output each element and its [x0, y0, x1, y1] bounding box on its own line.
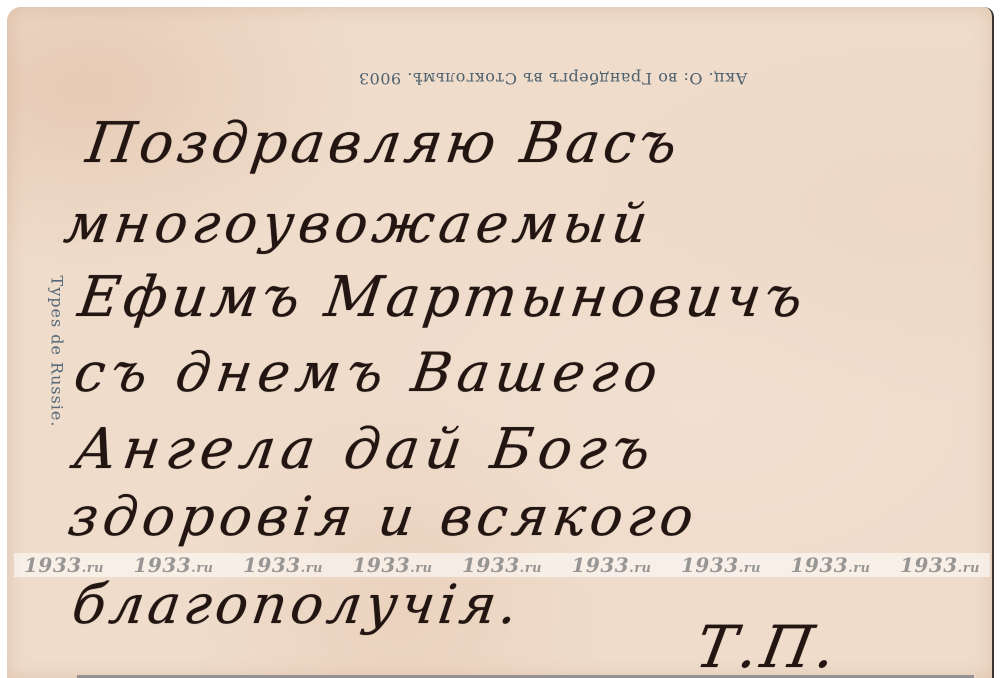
watermark-item: 1933.ru [900, 553, 980, 577]
watermark-band: 1933.ru 1933.ru 1933.ru 1933.ru 1933.ru … [14, 553, 990, 577]
watermark-item: 1933.ru [24, 553, 104, 577]
postcard-back: Акц. О: во Грандбергъ въ Стокгольмѣ. 900… [7, 7, 994, 678]
handwritten-line-5: Ангела дай Богъ [70, 417, 660, 482]
handwritten-line-2: многоувожаемый [61, 192, 657, 255]
watermark-item: 1933.ru [572, 553, 652, 577]
publisher-imprint: Акц. О: во Грандбергъ въ Стокгольмѣ. 900… [303, 69, 803, 88]
watermark-item: 1933.ru [353, 553, 433, 577]
handwritten-line-3: Ефимъ Мартыновичъ [74, 265, 810, 330]
watermark-item: 1933.ru [134, 553, 214, 577]
watermark-item: 1933.ru [462, 553, 542, 577]
handwritten-line-1: Поздравляю Васъ [82, 111, 685, 176]
watermark-item: 1933.ru [791, 553, 871, 577]
series-label: Types de Russie. [48, 242, 67, 462]
signature: Т.П. [691, 613, 845, 678]
watermark-item: 1933.ru [243, 553, 323, 577]
handwritten-line-6: здоровія и всякого [65, 485, 703, 548]
handwritten-line-7: благополучія. [69, 573, 526, 636]
watermark-item: 1933.ru [681, 553, 761, 577]
handwritten-line-4: съ днемъ Вашего [71, 341, 668, 404]
